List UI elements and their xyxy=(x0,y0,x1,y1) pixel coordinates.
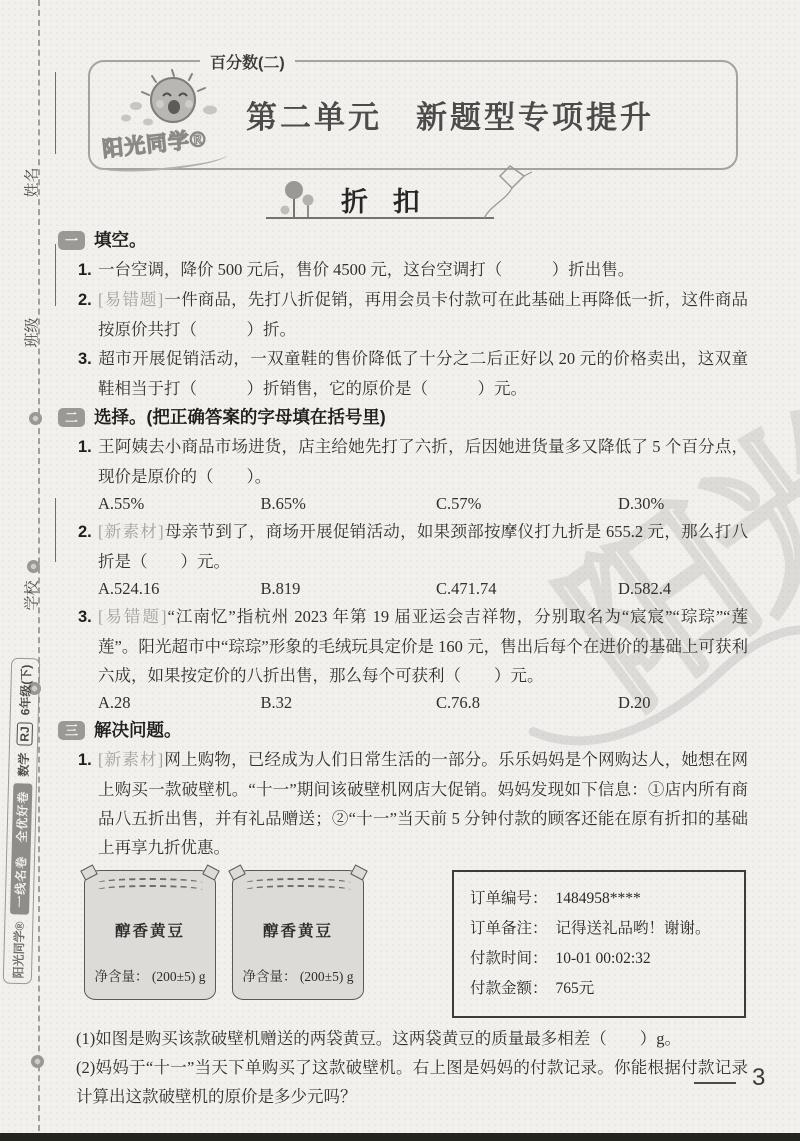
figures: 醇香黄豆 净含量： (200±5) g 醇香黄豆 净含量： (200±5) g … xyxy=(58,870,748,1018)
option-a: A.55% xyxy=(98,491,261,517)
question-text: 网上购物，已经成为人们日常生活的一部分。乐乐妈妈是个网购达人，她想在网上购买一款… xyxy=(98,750,748,857)
question-text: 超市开展促销活动，一双童鞋的售价降低了十分之二后正好以 20 元的价格卖出，这双… xyxy=(98,349,748,398)
fill-question-1: 1.一台空调，降价 500 元后，售价 4500 元，这台空调打（ ）折出售。 xyxy=(58,255,748,285)
question-number: 2. xyxy=(78,518,98,547)
name-label: 姓名 xyxy=(21,167,42,197)
option-c: C.471.74 xyxy=(436,576,618,602)
option-d: D.582.4 xyxy=(618,576,748,602)
option-c: C.57% xyxy=(436,491,618,517)
school-label: 学校 xyxy=(21,580,42,610)
solve-sub-question-2: (2)妈妈于“十一”当天下单购买了这款破壁机。右上图是妈妈的付款记录。你能根据付… xyxy=(58,1053,748,1111)
unit-title: 第二单元 新题型专项提升 xyxy=(246,92,654,137)
bean-bag-name: 醇香黄豆 xyxy=(233,917,363,946)
margin-stamp-icon xyxy=(27,560,40,573)
solve-sub-question-1: (1)如图是购买该款破壁机赠送的两袋黄豆。这两袋黄豆的质量最多相差（ ）g。 xyxy=(58,1024,748,1053)
question-text: “江南忆”指杭州 2023 年第 19 届亚运会吉祥物，分别取名为“宸宸”“琮琮… xyxy=(98,607,748,685)
choice-question-2: 2.[新素材]母亲节到了，商场开展促销活动，如果颈部按摩仪打九折是 655.2 … xyxy=(58,517,748,576)
bean-bag: 醇香黄豆 净含量： (200±5) g xyxy=(232,870,364,1000)
sub-question-text: 妈妈于“十一”当天下单购买了这款破壁机。右上图是妈妈的付款记录。你能根据付款记录… xyxy=(76,1058,748,1106)
option-a: A.28 xyxy=(98,690,261,716)
sub-question-text: 如图是购买该款破壁机赠送的两袋黄豆。这两袋黄豆的质量最多相差（ ）g。 xyxy=(95,1029,681,1048)
question-number: 1. xyxy=(78,256,98,285)
brand-logo: 阳光同学® xyxy=(96,66,244,166)
section-solve-header: 三 解决问题。 xyxy=(58,716,748,745)
question-tag: [新素材] xyxy=(98,750,164,769)
class-label: 班级 xyxy=(21,317,42,347)
name-field-line xyxy=(55,72,56,154)
section-badge: 三 xyxy=(58,721,85,740)
page-number: 3 xyxy=(752,1064,765,1092)
question-tag: [易错题] xyxy=(98,290,164,309)
question-tag: [新素材] xyxy=(98,522,165,541)
bottom-edge xyxy=(0,1133,800,1141)
option-c: C.76.8 xyxy=(436,690,618,716)
order-label: 付款时间： xyxy=(470,944,548,974)
workbook-page: 阳光 姓名 班级 学校 阳光同学® 一线名卷 全优好卷 数学 RJ 6年级(下)… xyxy=(0,0,800,1141)
question-tag: [易错题] xyxy=(98,607,168,626)
choice-question-1: 1.王阿姨去小商品市场进货，店主给她先打了六折，后因她进货量多又降低了 5 个百… xyxy=(58,432,748,491)
order-row: 订单备注： 记得送礼品哟！谢谢。 xyxy=(470,914,728,944)
question-text: 王阿姨去小商品市场进货，店主给她先打了六折，后因她进货量多又降低了 5 个百分点… xyxy=(98,437,748,486)
order-value: 10-01 00:02:32 xyxy=(556,944,651,974)
spine-grade: 6年级(下) xyxy=(16,664,34,715)
kite-sketch-icon xyxy=(462,160,532,224)
order-row: 付款金额： 765元 xyxy=(470,974,728,1004)
spine-logo-text: 阳光同学® xyxy=(9,921,27,978)
question-text: 一件商品，先打八折促销，再用会员卡付款可在此基础上再降低一折，这件商品按原价共打… xyxy=(98,290,748,339)
question-number: 1. xyxy=(78,746,98,775)
order-value: 1484958**** xyxy=(556,884,641,914)
section-badge: 二 xyxy=(58,408,85,427)
order-label: 订单编号： xyxy=(470,884,548,914)
order-value: 765元 xyxy=(556,974,595,1004)
option-a: A.524.16 xyxy=(98,576,261,602)
page-number-dash xyxy=(694,1082,736,1084)
option-b: B.819 xyxy=(261,576,437,602)
question-text: 母亲节到了，商场开展促销活动，如果颈部按摩仪打九折是 655.2 元，那么打八折… xyxy=(98,522,748,571)
topic-underline xyxy=(266,217,494,219)
fill-question-2: 2.[易错题]一件商品，先打八折促销，再用会员卡付款可在此基础上再降低一折，这件… xyxy=(58,285,748,344)
question-number: 2. xyxy=(78,286,98,315)
spine-banner: 阳光同学® 一线名卷 全优好卷 数学 RJ 6年级(下) xyxy=(3,658,41,985)
question-number: 3. xyxy=(78,345,98,374)
option-b: B.65% xyxy=(261,491,437,517)
order-box: 订单编号： 1484958**** 订单备注： 记得送礼品哟！谢谢。 付款时间：… xyxy=(452,870,746,1018)
order-row: 订单编号： 1484958**** xyxy=(470,884,728,914)
order-value: 记得送礼品哟！谢谢。 xyxy=(556,914,711,944)
bean-bag-stitch xyxy=(97,885,203,895)
margin-stamp-icon xyxy=(29,412,42,425)
order-label: 付款金额： xyxy=(470,974,548,1004)
section-title: 填空。 xyxy=(94,226,147,255)
sub-question-number: (2) xyxy=(76,1058,95,1077)
topic-plant-icon xyxy=(280,178,326,220)
question-number: 3. xyxy=(78,603,98,632)
bean-bag-stitch xyxy=(245,885,351,895)
option-d: D.20 xyxy=(618,690,748,716)
option-b: B.32 xyxy=(261,690,437,716)
spine-series-highlight: 一线名卷 全优好卷 xyxy=(10,783,32,914)
bean-bag-net: 净含量： (200±5) g xyxy=(85,962,215,991)
spine-edition-code: RJ xyxy=(15,722,32,746)
order-row: 付款时间： 10-01 00:02:32 xyxy=(470,944,728,974)
options-row: A.55% B.65% C.57% D.30% xyxy=(58,491,748,517)
school-field-line xyxy=(55,498,56,562)
section-subtitle: (把正确答案的字母填在括号里) xyxy=(147,407,386,427)
sub-question-number: (1) xyxy=(76,1029,95,1048)
solve-question-1: 1.[新素材]网上购物，已经成为人们日常生活的一部分。乐乐妈妈是个网购达人，她想… xyxy=(58,745,748,862)
class-field-line xyxy=(55,244,56,306)
options-row: A.524.16 B.819 C.471.74 D.582.4 xyxy=(58,576,748,602)
margin-stamp-icon xyxy=(31,1055,44,1068)
order-label: 订单备注： xyxy=(470,914,548,944)
bean-bag-net: 净含量： (200±5) g xyxy=(233,962,363,991)
page-content: 一 填空。 1.一台空调，降价 500 元后，售价 4500 元，这台空调打（ … xyxy=(58,226,748,1111)
section-badge: 一 xyxy=(58,231,85,250)
section-choice-header: 二 选择。(把正确答案的字母填在括号里) xyxy=(58,403,748,432)
bean-bag: 醇香黄豆 净含量： (200±5) g xyxy=(84,870,216,1000)
spine-subject: 数学 xyxy=(14,752,32,776)
bean-bag-name: 醇香黄豆 xyxy=(85,917,215,946)
question-text: 一台空调，降价 500 元后，售价 4500 元，这台空调打（ ）折出售。 xyxy=(98,260,634,279)
topic-title: 折 扣 xyxy=(341,180,429,219)
option-d: D.30% xyxy=(618,491,748,517)
fill-question-3: 3.超市开展促销活动，一双童鞋的售价降低了十分之二后正好以 20 元的价格卖出，… xyxy=(58,344,748,403)
options-row: A.28 B.32 C.76.8 D.20 xyxy=(58,690,748,716)
section-fill-header: 一 填空。 xyxy=(58,226,748,255)
choice-question-3: 3.[易错题]“江南忆”指杭州 2023 年第 19 届亚运会吉祥物，分别取名为… xyxy=(58,602,748,690)
question-number: 1. xyxy=(78,433,98,462)
section-title: 解决问题。 xyxy=(94,716,182,745)
section-title: 选择。(把正确答案的字母填在括号里) xyxy=(94,403,386,432)
